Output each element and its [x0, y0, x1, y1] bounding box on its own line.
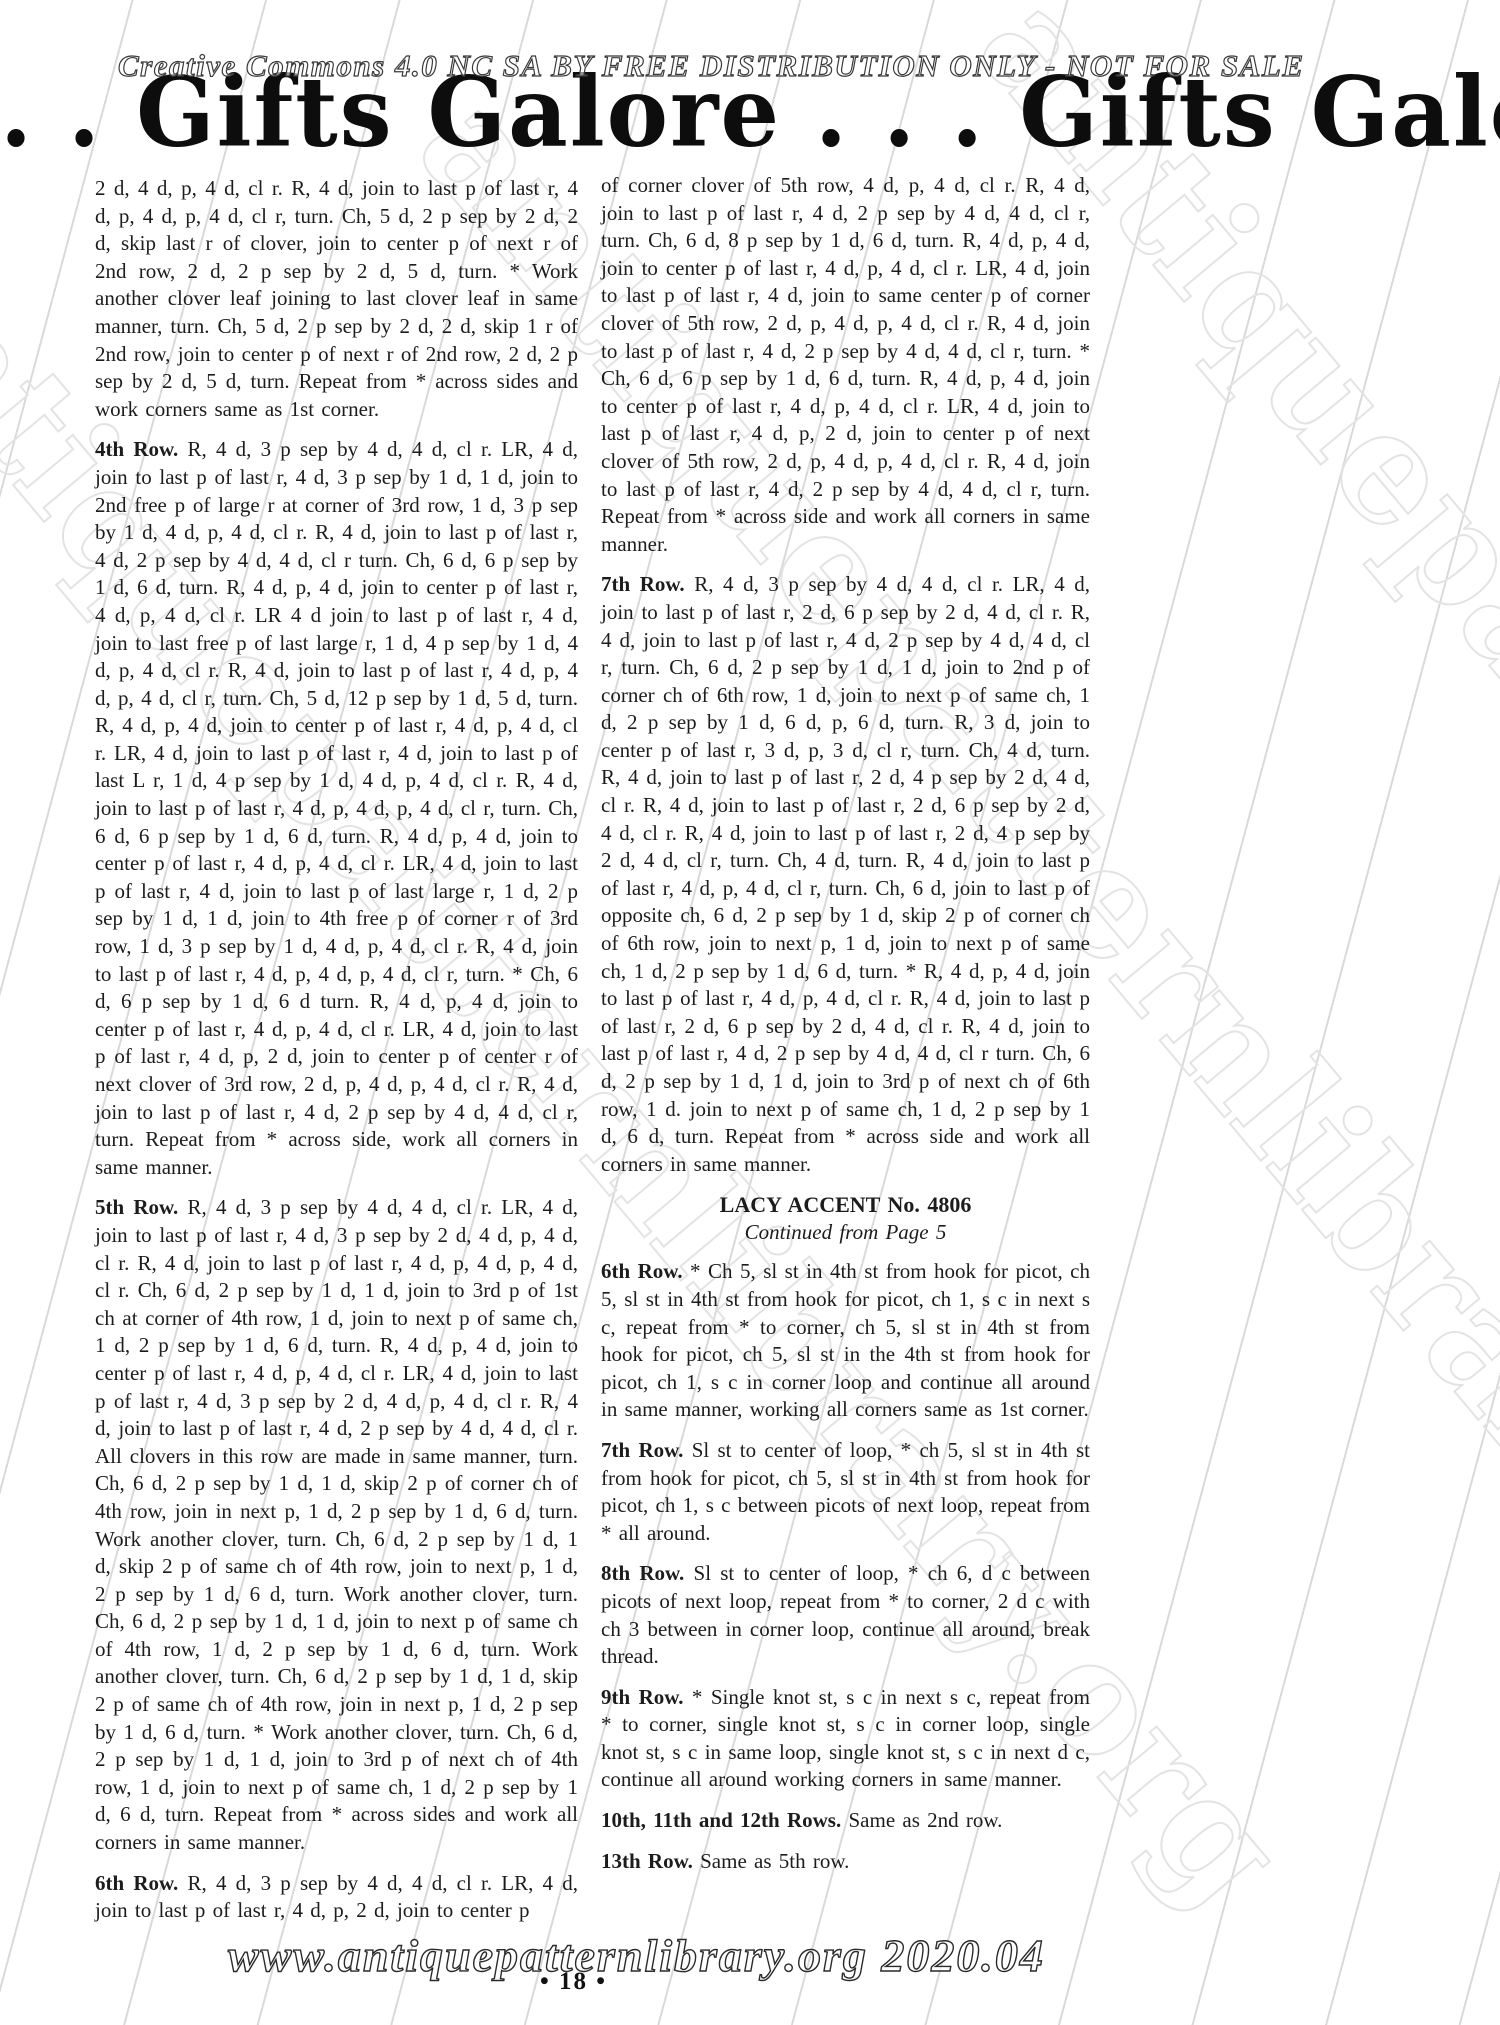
- row-label: 10th, 11th and 12th Rows.: [601, 1808, 841, 1832]
- row-label: 5th Row.: [95, 1195, 178, 1219]
- pattern-text: of corner clover of 5th row, 4 d, p, 4 d…: [601, 173, 1090, 556]
- right-text-column: of corner clover of 5th row, 4 d, p, 4 d…: [601, 172, 1090, 1888]
- row-label: 13th Row.: [601, 1849, 693, 1873]
- pattern-paragraph: 5th Row. R, 4 d, 3 p sep by 4 d, 4 d, cl…: [95, 1194, 578, 1856]
- pattern-paragraph: of corner clover of 5th row, 4 d, p, 4 d…: [601, 172, 1090, 558]
- pattern-text: * Ch 5, sl st in 4th st from hook for pi…: [601, 1259, 1090, 1421]
- pattern-paragraph: 9th Row. * Single knot st, s c in next s…: [601, 1684, 1090, 1794]
- row-label: 9th Row.: [601, 1685, 684, 1709]
- pattern-paragraph: 2 d, 4 d, p, 4 d, cl r. R, 4 d, join to …: [95, 175, 578, 423]
- section-heading: LACY ACCENT No. 4806Continued from Page …: [601, 1191, 1090, 1246]
- pattern-paragraph: 8th Row. Sl st to center of loop, * ch 6…: [601, 1560, 1090, 1670]
- row-label: 7th Row.: [601, 572, 685, 596]
- pattern-paragraph: 13th Row. Same as 5th row.: [601, 1848, 1090, 1876]
- row-label: 6th Row.: [95, 1871, 178, 1895]
- pattern-text: Same as 2nd row.: [848, 1808, 1002, 1832]
- pattern-text: 2 d, 4 d, p, 4 d, cl r. R, 4 d, join to …: [95, 176, 578, 421]
- row-label: 4th Row.: [95, 437, 178, 461]
- left-text-column: 2 d, 4 d, p, 4 d, cl r. R, 4 d, join to …: [95, 175, 578, 1938]
- footer-watermark: www.antiquepatternlibrary.org 2020.04: [228, 1929, 1045, 1982]
- row-label: 7th Row.: [601, 1438, 683, 1462]
- creative-commons-watermark: Creative Commons 4.0 NC SA BY FREE DISTR…: [118, 48, 1305, 84]
- pattern-text: R, 4 d, 3 p sep by 4 d, 4 d, cl r. LR, 4…: [601, 572, 1090, 1175]
- page-number: • 18 •: [540, 1968, 607, 1996]
- pattern-paragraph: 6th Row. * Ch 5, sl st in 4th st from ho…: [601, 1258, 1090, 1424]
- row-label: 8th Row.: [601, 1561, 684, 1585]
- section-title: LACY ACCENT No. 4806: [601, 1191, 1090, 1219]
- pattern-text: R, 4 d, 3 p sep by 4 d, 4 d, cl r. LR, 4…: [95, 437, 578, 1178]
- pattern-text: R, 4 d, 3 p sep by 4 d, 4 d, cl r. LR, 4…: [95, 1195, 578, 1854]
- pattern-paragraph: 7th Row. R, 4 d, 3 p sep by 4 d, 4 d, cl…: [601, 571, 1090, 1178]
- pattern-paragraph: 6th Row. R, 4 d, 3 p sep by 4 d, 4 d, cl…: [95, 1870, 578, 1925]
- pattern-paragraph: 4th Row. R, 4 d, 3 p sep by 4 d, 4 d, cl…: [95, 436, 578, 1181]
- row-label: 6th Row.: [601, 1259, 683, 1283]
- pattern-paragraph: 10th, 11th and 12th Rows. Same as 2nd ro…: [601, 1807, 1090, 1835]
- section-subtitle: Continued from Page 5: [601, 1219, 1090, 1246]
- pattern-text: Same as 5th row.: [700, 1849, 849, 1873]
- pattern-paragraph: 7th Row. Sl st to center of loop, * ch 5…: [601, 1437, 1090, 1547]
